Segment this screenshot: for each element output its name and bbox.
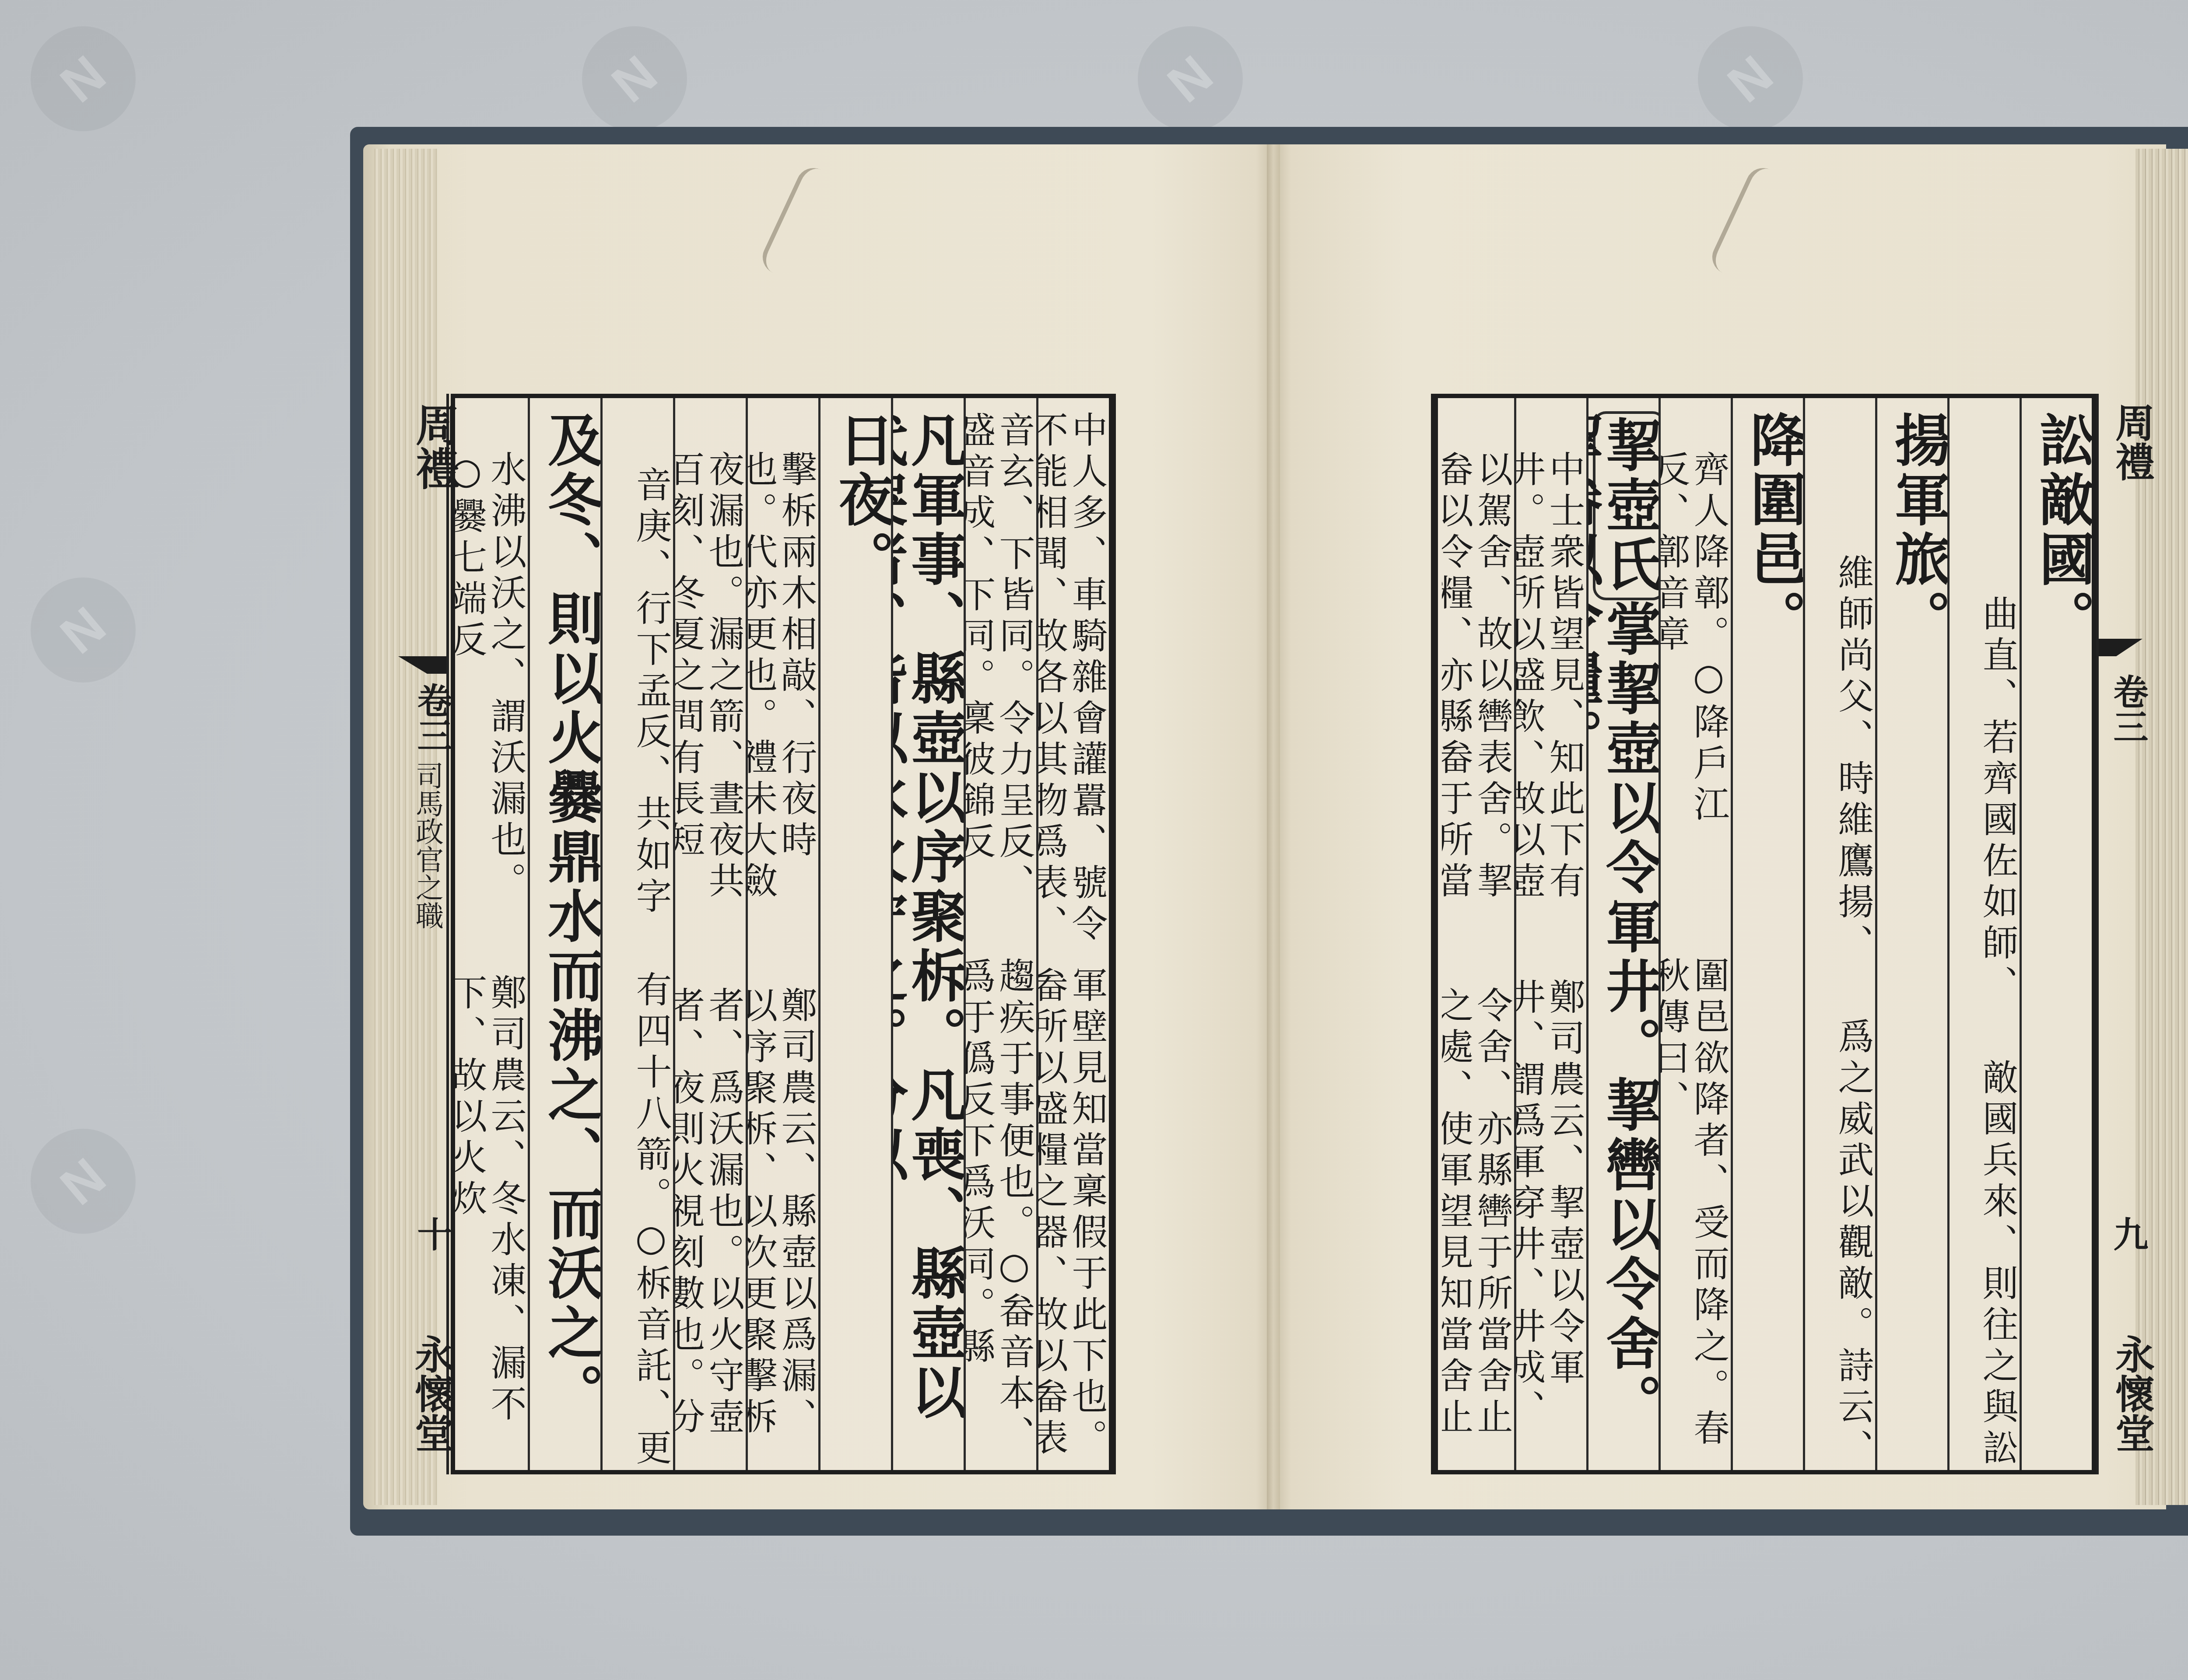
commentary-line: 水沸以沃之、謂沃漏也。○爨七端反 xyxy=(455,398,528,921)
watermark-logo-icon: N xyxy=(1698,26,1803,131)
commentary-line: 擊柝兩木相敲、行夜時也。代亦更也。禮未大斂代哭、以水守壺 xyxy=(746,398,818,934)
commentary-line: 音庚、行下孟反、共如字 xyxy=(628,413,673,918)
commentary-line: 圍邑欲降者、受而降之。春秋傳曰、 xyxy=(1659,904,1731,1470)
section-label: 司馬政官之職 xyxy=(407,761,447,929)
left-page-text-frame: 軍壁見知當稟假于此下也。畚所以盛糧之器、故以畚表稟軍 中人多、車騎雜會讙囂、號令… xyxy=(451,394,1116,1474)
commentary-line: 有四十八箭。○柝音託、更 xyxy=(628,918,673,1470)
right-page-text-frame: 訟敵國。 敵國兵來、則往之與訟 曲直、若齊國佐如師、 揚軍旅。 爲之威武以觀敵。… xyxy=(1431,394,2096,1474)
fish-tail-marker-icon xyxy=(2099,639,2142,656)
publisher-label: 永懷堂 xyxy=(2103,1334,2160,1452)
left-block-heart: 周禮 卷三 司馬政官之職 十 永懷堂 xyxy=(394,394,449,1474)
commentary-line: 中士衆皆望見、知此下有井。壺所以盛飲、故以壺表井。挈轡以 xyxy=(1514,398,1586,926)
text-column: 有四十八箭。○柝音託、更 音庚、行下孟反、共如字 xyxy=(600,398,673,1470)
commentary-line: 令舍、亦縣轡于所當舍止之處、使軍望見知當舍止于此。轡所 xyxy=(1442,934,1514,1470)
commentary-line: 者、爲沃漏也。以火守壺者、夜則火視刻數也。分以日夜者、異晝 xyxy=(673,934,746,1470)
text-column: 者、爲沃漏也。以火守壺者、夜則火視刻數也。分以日夜者、異晝 夜漏也。漏之箭、晝夜… xyxy=(673,398,746,1470)
text-column: 鄭司農云、冬水凍、漏不下、故以火炊 水沸以沃之、謂沃漏也。○爨七端反 xyxy=(455,398,528,1470)
right-block-heart: 周禮 卷三 九 永懷堂 xyxy=(2096,394,2147,1474)
main-text-column: 揚軍旅。 xyxy=(1875,398,1947,1470)
page-number: 十 xyxy=(407,1216,457,1251)
commentary-line: 夜漏也。漏之箭、晝夜共百刻、冬夏之間有長短焉。大史立成法、 xyxy=(673,398,746,934)
commentary-line: 鄭司農云、縣壺以爲漏、以序聚柝、以次更聚擊柝備守也。玄謂 xyxy=(746,934,818,1470)
watermark-logo-icon: N xyxy=(31,1129,136,1234)
commentary-line: 以駕舍、故以轡表舍。挈畚以令糧、亦縣畚于所當稟假之處令 xyxy=(1442,398,1514,934)
book-title: 周禮 xyxy=(2103,402,2160,481)
watermark-logo-icon: N xyxy=(1138,26,1243,131)
text-column: 圍邑欲降者、受而降之。春秋傳曰、 齊人降鄣。○降戶江反、鄣音章 xyxy=(1659,398,1731,1470)
volume-label: 卷三 xyxy=(2103,674,2153,744)
commentary-line: 趨疾于事便也。○畚音本、爲于僞反下爲沃同。縣 xyxy=(964,944,1036,1470)
commentary-line: 軍壁見知當稟假于此下也。畚所以盛糧之器、故以畚表稟軍 xyxy=(1036,953,1109,1470)
text-column: 趨疾于事便也。○畚音本、爲于僞反下爲沃同。縣 音玄、下皆同。令力呈反、盛音成、下… xyxy=(964,398,1036,1470)
main-text-column: 凡軍事、縣壺以序聚柝。凡喪、縣壺以代哭者、皆以水火守之。分以 xyxy=(891,398,964,1470)
text-column: 軍壁見知當稟假于此下也。畚所以盛糧之器、故以畚表稟軍 中人多、車騎雜會讙囂、號令… xyxy=(1036,398,1109,1470)
main-text-column: 降圍邑。 xyxy=(1731,398,1803,1470)
commentary-line: 爲之威武以觀敵。詩云、 xyxy=(1830,965,1875,1470)
book-gutter xyxy=(1267,144,1280,1509)
page-number: 九 xyxy=(2103,1216,2153,1251)
commentary-line: 鄭司農云、挈壺以令軍井、謂爲軍穿井、井成、挈壺縣其上、令軍 xyxy=(1514,926,1586,1470)
commentary-line: 維師尚父、時維鷹揚、 xyxy=(1830,501,1875,965)
text-column: 鄭司農云、縣壺以爲漏、以序聚柝、以次更聚擊柝備守也。玄謂 擊柝兩木相敲、行夜時也… xyxy=(746,398,818,1470)
fish-tail-marker-icon xyxy=(398,656,446,674)
watermark-logo-icon: N xyxy=(31,26,136,131)
volume-label: 卷三 xyxy=(407,682,457,752)
commentary-line: 中人多、車騎雜會讙囂、號令不能相聞、故各以其物爲表、省煩 xyxy=(1036,398,1109,953)
main-text-column: 及冬、則以火爨鼎水而沸之、而沃之。 xyxy=(528,398,600,1470)
commentary-line: 鄭司農云、冬水凍、漏不下、故以火炊 xyxy=(455,921,528,1470)
commentary-line: 齊人降鄣。○降戶江反、鄣音章 xyxy=(1659,398,1731,904)
text-column: 敵國兵來、則往之與訟 曲直、若齊國佐如師、 xyxy=(1947,398,2020,1470)
publisher-label: 永懷堂 xyxy=(403,1334,459,1452)
main-text-column: 日夜。 xyxy=(818,398,891,1470)
commentary-line: 曲直、若齊國佐如師、 xyxy=(1975,542,2020,1006)
main-text-column: 訟敵國。 xyxy=(2020,398,2092,1470)
text-column: 令舍、亦縣轡于所當舍止之處、使軍望見知當舍止于此。轡所 以駕舍、故以轡表舍。挈畚… xyxy=(1442,398,1514,1470)
commentary-line: 敵國兵來、則往之與訟 xyxy=(1975,1006,2020,1470)
main-text-column: 挈壺氏掌挈壺以令軍井。挈轡以令舍。挈畚以令糧。 xyxy=(1586,398,1659,1470)
text-column: 鄭司農云、挈壺以令軍井、謂爲軍穿井、井成、挈壺縣其上、令軍 中士衆皆望見、知此下… xyxy=(1514,398,1586,1470)
book-title: 周禮 xyxy=(403,402,466,490)
text-column: 爲之威武以觀敵。詩云、 維師尚父、時維鷹揚、 xyxy=(1803,398,1875,1470)
commentary-line: 音玄、下皆同。令力呈反、盛音成、下同。稟彼錦反 xyxy=(964,398,1036,944)
watermark-logo-icon: N xyxy=(582,26,687,131)
watermark-logo-icon: N xyxy=(31,577,136,682)
